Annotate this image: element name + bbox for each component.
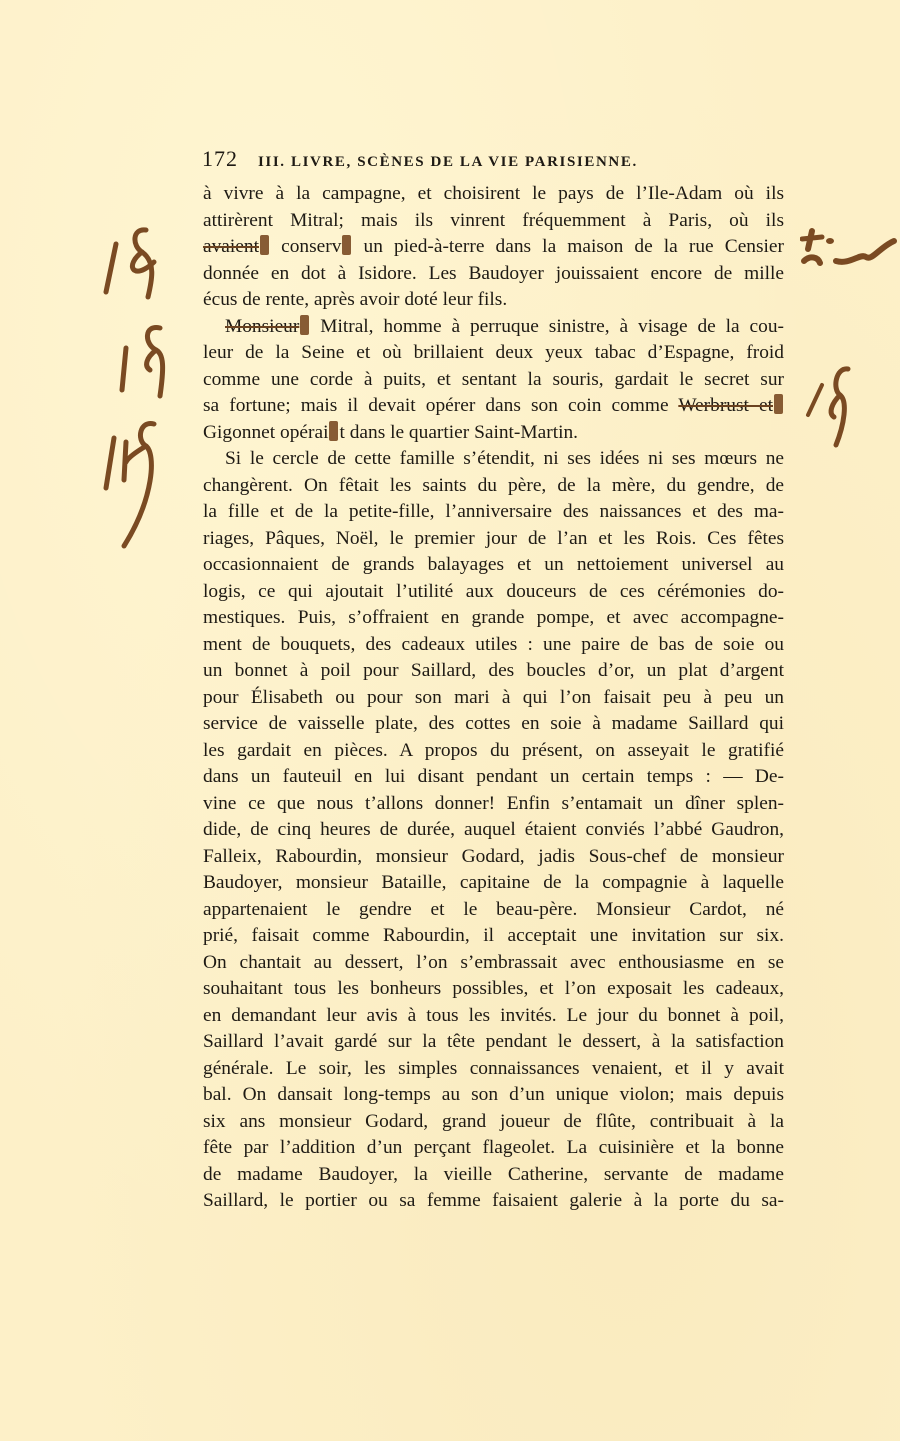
text-line: changèrent. On fêtait les saints du père… [203,473,784,500]
text-line: Baudoyer, monsieur Bataille, capitaine d… [203,870,784,897]
ink-correction-mark [329,421,338,441]
text-line: occasionnaient de grands balayages et un… [203,552,784,579]
handwritten-19-icon [116,318,176,408]
text-line: On chantait au dessert, l’on s’embrassai… [203,950,784,977]
handwritten-annotation-right-2 [800,365,860,455]
text-line: écus de rente, après avoir doté leur fil… [203,287,784,314]
text-line: un bonnet à poil pour Saillard, des bouc… [203,658,784,685]
text-line: appartenaient le gendre et le beau-père.… [203,897,784,924]
text-line: ment de bouquets, des cadeaux utiles : u… [203,632,784,659]
text-line: générale. Le soir, les simples connaissa… [203,1056,784,1083]
text-line-corrected: avaient conserv un pied-à-terre dans la … [203,234,784,261]
text-line: prié, faisait comme Rabourdin, il accept… [203,923,784,950]
text-line: en demandant leur avis à tous les invité… [203,1003,784,1030]
page-number: 172 [202,146,258,172]
text-line: bal. On dansait long-temps au son d’un u… [203,1082,784,1109]
text-line: dans un fauteuil en lui disant pendant u… [203,764,784,791]
book-page: 172 III. LIVRE, SCÈNES DE LA VIE PARISIE… [0,0,900,1441]
text-line: Saillard l’avait gardé sur la tête penda… [203,1029,784,1056]
text-line: mestiques. Puis, s’offraient en grande p… [203,605,784,632]
struck-word: avaient [203,236,259,257]
handwritten-annotation-right-1 [800,225,900,275]
text-line: donnée en dot à Isidore. Les Baudoyer jo… [203,261,784,288]
page-header: 172 III. LIVRE, SCÈNES DE LA VIE PARISIE… [202,146,782,172]
handwritten-annotation-left-1 [98,222,168,312]
text-line: pour Élisabeth ou pour son mari à qui l’… [203,685,784,712]
text-line: logis, ce qui ajoutait l’utilité aux dou… [203,579,784,606]
text-line: vine ce que nous t’allons donner! Enfin … [203,791,784,818]
text-line: dide, de cinq heures de durée, auquel ét… [203,817,784,844]
text-line: leur de la Seine et où brillaient deux y… [203,340,784,367]
handwritten-18-icon [98,222,168,312]
ink-correction-mark [774,394,783,414]
struck-word: Werbrust et [678,395,773,416]
text-line: la fille et de la petite-fille, l’annive… [203,499,784,526]
text-line: six ans monsieur Godard, grand joueur de… [203,1109,784,1136]
handwritten-t-ire-icon [800,225,900,275]
text-line: souhaitant tous les bonheurs possibles, … [203,976,784,1003]
struck-word: Monsieur [225,316,299,337]
text-line: de madame Baudoyer, la vieille Catherine… [203,1162,784,1189]
ink-correction-mark [342,235,351,255]
handwritten-annotation-left-3 [100,418,170,558]
text-line-corrected: Gigonnet opérait dans le quartier Saint-… [203,420,784,447]
text-line-corrected: sa fortune; mais il devait opérer dans s… [203,393,784,420]
text-line: riages, Pâques, Noël, le premier jour de… [203,526,784,553]
handwritten-18-icon [800,365,860,455]
text-line: Saillard, le portier ou sa femme faisaie… [203,1188,784,1215]
text-line-corrected: Monsieur Mitral, homme à perruque sinist… [203,314,784,341]
body-text: à vivre à la campagne, et choisirent le … [203,181,784,1215]
text-line: Si le cercle de cette famille s’étendit,… [203,446,784,473]
text-line: comme une corde à puits, et sentant la s… [203,367,784,394]
text-line: Falleix, Rabourdin, monsieur Godard, jad… [203,844,784,871]
ink-correction-mark [300,315,309,335]
ink-correction-mark [260,235,269,255]
text-line: à vivre à la campagne, et choisirent le … [203,181,784,208]
text-line: service de vaisselle plate, des cottes e… [203,711,784,738]
text-line: fête par l’addition d’un perçant flageol… [203,1135,784,1162]
running-head: III. LIVRE, SCÈNES DE LA VIE PARISIENNE. [258,154,638,171]
handwritten-118-icon [100,418,170,558]
text-line: les gardait en pièces. A propos du prése… [203,738,784,765]
text-line: attirèrent Mitral; mais ils vinrent fréq… [203,208,784,235]
handwritten-annotation-left-2 [116,318,176,408]
